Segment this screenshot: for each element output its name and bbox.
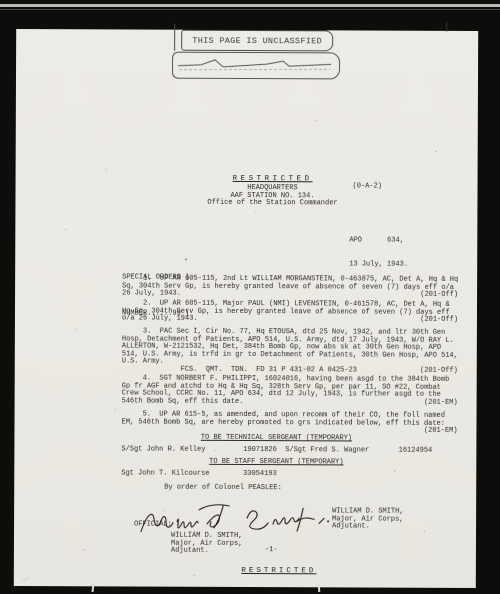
order-paragraph-1: 1. UP AR 605-115, 2nd Lt WILLIAM MORGANS… bbox=[122, 275, 458, 299]
order-paragraph-2: 2. UP AR 605-115, Major PAUL (NMI) LEVEN… bbox=[122, 300, 458, 324]
promotion-row-staff: Sgt John T. Kilcourse 33054193 bbox=[121, 469, 276, 478]
document-page: THIS PAGE IS UNCLASSFIED RESTRICTED HEAD… bbox=[14, 29, 478, 588]
order-paragraph-5: 5. UP AR 615-5, as amended, and upon rec… bbox=[121, 411, 457, 435]
signer-title: Adjutant. bbox=[332, 524, 403, 532]
by-order-line: By order of Colonel PEASLEE: bbox=[164, 484, 282, 493]
apo-line: APO 634, bbox=[349, 236, 408, 244]
stamp-edge-line bbox=[174, 24, 175, 51]
promotion-heading-technical: TO BE TECHNICAL SERGEANT (TEMPORARY) bbox=[121, 433, 431, 442]
adjutant-block-left: WILLIAM D. SMITH, Major, Air Corps, Adju… bbox=[171, 533, 243, 556]
text-line: FCS. QMT. TDN. FD 31 P 431-02 A 0425-23 … bbox=[122, 366, 458, 375]
unclassified-stamp-text: THIS PAGE IS UNCLASSFIED bbox=[192, 35, 322, 46]
promotion-heading-staff: TO BE STAFF SERGEANT (TEMPORARY) bbox=[121, 457, 431, 466]
text-line: 546th Bomb Sq, eff this date. (201-EM) bbox=[122, 398, 458, 407]
noise-speckles bbox=[16, 29, 17, 30]
ink-mark: * bbox=[184, 258, 188, 265]
text-line: o/a 26 July, 1943. (201-Off) bbox=[122, 315, 458, 324]
date-line: 13 July, 1943. bbox=[349, 260, 408, 268]
scan-artifact-stripe bbox=[0, 4, 500, 7]
classification-footer: RESTRICTED bbox=[209, 559, 349, 578]
unclassified-stamp: THIS PAGE IS UNCLASSFIED bbox=[181, 30, 333, 52]
text-line: 26 July, 1943. (201-Off) bbox=[122, 290, 458, 299]
adjutant-block-right: WILLIAM D. SMITH, Major, Air Corps, Adju… bbox=[332, 508, 404, 531]
page-number: -1- bbox=[265, 546, 278, 554]
office-line: Office of the Station Commander bbox=[192, 200, 352, 208]
classification-header: RESTRICTED bbox=[233, 175, 313, 183]
tape-scribble bbox=[173, 53, 336, 76]
masthead: RESTRICTED HEADQUARTERS AAF STATION NO. … bbox=[192, 167, 352, 208]
ref-code: (0-A-2) bbox=[353, 182, 382, 190]
scan-artifact-stripe bbox=[0, 9, 500, 10]
signer-title: Adjutant. bbox=[171, 548, 242, 556]
order-paragraph-3: 3. PAC Sec I, Cir No. 77, Hq ETOUSA, dtd… bbox=[122, 328, 458, 374]
tape-mark bbox=[172, 52, 340, 80]
scan-artifact-nick bbox=[92, 583, 95, 592]
order-paragraph-4: 4. SGT NORBERT F. PHILIPPI, 16024016, ha… bbox=[122, 375, 458, 406]
stamp-edge-line bbox=[446, 22, 447, 32]
text-line: 514, U.S. Army, is trfd in gr to Detachm… bbox=[122, 351, 458, 360]
promotion-row-technical: S/Sgt John R. Kelley 19071826 S/Sgt Fred… bbox=[121, 445, 432, 454]
